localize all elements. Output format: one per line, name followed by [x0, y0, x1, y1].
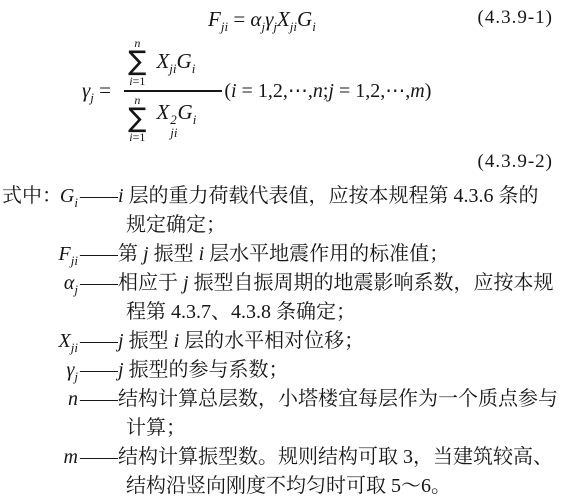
- gamma-lhs: γj =: [82, 78, 116, 104]
- equation-1-row: Fji = αjγjXjiGi (4.3.9-1): [0, 0, 561, 33]
- dash-line: ——: [78, 240, 118, 269]
- definition-text: 相应于 j 振型自振周期的地震影响系数，应按本规 程第 4.3.7、4.3.8 …: [118, 269, 561, 327]
- dash-line: ——: [78, 356, 118, 385]
- symbol-alpha-j: αj: [0, 269, 78, 298]
- definition-alpha-j: αj —— 相应于 j 振型自振周期的地震影响系数，应按本规 程第 4.3.7、…: [0, 269, 561, 327]
- definition-line: j 振型 i 层的水平相对位移；: [118, 330, 364, 352]
- definition-line: 结构计算振型数。规则结构可取 3，当建筑较高、: [118, 446, 553, 468]
- definition-line: 计算；: [126, 417, 186, 439]
- equation-number-2-row: (4.3.9-2): [0, 145, 561, 173]
- dash-line: ——: [78, 327, 118, 356]
- definition-Xji: Xji —— j 振型 i 层的水平相对位移；: [0, 327, 561, 356]
- definition-text: j 振型的参与系数；: [118, 356, 561, 385]
- definition-n: n —— 结构计算总层数，小塔楼宜每层作为一个质点参与 计算；: [0, 385, 561, 443]
- definition-line: 相应于 j 振型自振周期的地震影响系数，应按本规: [118, 272, 554, 294]
- definition-text: i 层的重力荷载代表值，应按本规程第 4.3.6 条的 规定确定；: [118, 182, 561, 240]
- fraction-numerator: n ∑ i=1 XjiGi: [124, 37, 222, 92]
- definition-line: i 层的重力荷载代表值，应按本规程第 4.3.6 条的: [118, 185, 539, 207]
- sum-lower-limit: i=1: [129, 131, 145, 144]
- index-condition: (i = 1,2,⋯,n;j = 1,2,⋯,m): [224, 78, 431, 103]
- definition-line: 结构沿竖向刚度不均匀时可取 5～6。: [126, 475, 451, 497]
- sum-operator-denominator: n ∑ i=1: [128, 94, 146, 145]
- equation-2-row: γj = n ∑ i=1 XjiGi n ∑ i=1 X2jiGi (i = 1…: [0, 37, 561, 144]
- definition-m: m —— 结构计算振型数。规则结构可取 3，当建筑较高、 结构沿竖向刚度不均匀时…: [0, 443, 561, 501]
- dash-line: ——: [78, 182, 118, 211]
- formula-fji: Fji = αjγjXjiGi: [208, 7, 316, 33]
- sigma-icon: ∑: [128, 107, 146, 131]
- dash-line: ——: [78, 443, 118, 472]
- symbol-n: n: [0, 385, 78, 414]
- equation-number-2: (4.3.9-2): [478, 151, 553, 173]
- symbol-Xji: Xji: [0, 327, 78, 356]
- sum-lower-limit: i=1: [129, 75, 145, 88]
- equation-number-1: (4.3.9-1): [478, 7, 553, 29]
- definition-gamma-j: γj —— j 振型的参与系数；: [0, 356, 561, 385]
- document-page: Fji = αjγjXjiGi (4.3.9-1) γj = n ∑ i=1 X…: [0, 0, 561, 502]
- symbol-m: m: [0, 443, 78, 472]
- fraction: n ∑ i=1 XjiGi n ∑ i=1 X2jiGi: [124, 37, 222, 144]
- definition-line: 程第 4.3.7、4.3.8 条确定；: [126, 301, 356, 323]
- symbol-gamma-j: γj: [0, 356, 78, 385]
- sigma-icon: ∑: [128, 50, 146, 74]
- definition-text: 结构计算总层数，小塔楼宜每层作为一个质点参与 计算；: [118, 385, 561, 443]
- fraction-denominator: n ∑ i=1 X2jiGi: [124, 92, 222, 145]
- definitions-list: 式中： Gi —— i 层的重力荷载代表值，应按本规程第 4.3.6 条的 规定…: [0, 182, 561, 501]
- definition-line: 结构计算总层数，小塔楼宜每层作为一个质点参与: [118, 388, 558, 410]
- numerator-terms: XjiGi: [156, 49, 195, 75]
- shizhong-label: 式中：: [2, 182, 62, 211]
- definition-Fji: Fji —— 第 j 振型 i 层水平地震作用的标准值；: [0, 240, 561, 269]
- definition-line: 规定确定；: [126, 214, 226, 236]
- dash-line: ——: [78, 385, 118, 414]
- definition-line: 第 j 振型 i 层水平地震作用的标准值；: [118, 243, 449, 265]
- definition-text: j 振型 i 层的水平相对位移；: [118, 327, 561, 356]
- definition-text: 结构计算振型数。规则结构可取 3，当建筑较高、 结构沿竖向刚度不均匀时可取 5～…: [118, 443, 561, 501]
- definition-Gi: 式中： Gi —— i 层的重力荷载代表值，应按本规程第 4.3.6 条的 规定…: [0, 182, 561, 240]
- symbol-Fji: Fji: [0, 240, 78, 269]
- denominator-terms: X2jiGi: [156, 100, 196, 139]
- sum-operator-numerator: n ∑ i=1: [128, 37, 146, 88]
- definition-line: j 振型的参与系数；: [118, 359, 289, 381]
- definition-text: 第 j 振型 i 层水平地震作用的标准值；: [118, 240, 561, 269]
- dash-line: ——: [78, 269, 118, 298]
